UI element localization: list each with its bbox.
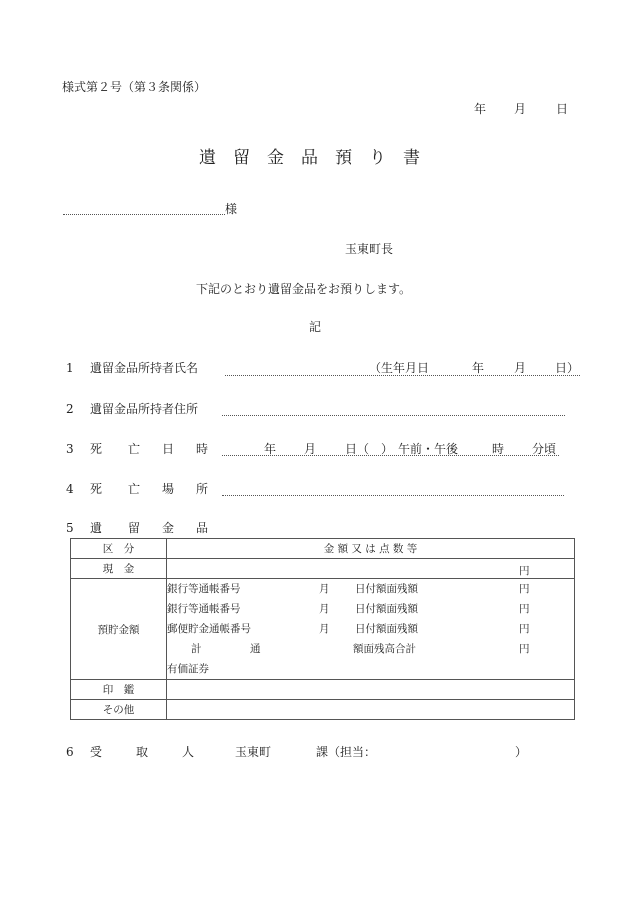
cash-amount-cell[interactable]: 円 <box>167 559 575 579</box>
seal-category: 印 鑑 <box>71 680 167 700</box>
deposit-month: 月 <box>319 604 330 615</box>
item-number: 3 <box>66 443 74 455</box>
item-number: 4 <box>66 483 74 495</box>
date-day-label: 日 <box>556 103 568 115</box>
deposit-label: 銀行等通帳番号 <box>167 584 241 595</box>
deposit-dated: 日付額面残額 <box>355 604 418 615</box>
deposit-label: 銀行等通帳番号 <box>167 604 241 615</box>
deposits-category: 預貯金額 <box>71 579 167 680</box>
table-row-deposits: 預貯金額 銀行等通帳番号 月 日付額面残額 円 銀行等通帳番号 月 日付額面残額… <box>71 579 575 680</box>
death-place-field[interactable] <box>222 495 564 496</box>
birthdate-prefix: （生年月日 <box>369 362 429 374</box>
seal-cell[interactable] <box>167 680 575 700</box>
ampm-label: 午前・午後 <box>398 443 458 455</box>
item-label-char: 取 <box>136 746 148 758</box>
birth-year-label: 年 <box>472 362 484 374</box>
total-yen: 円 <box>519 644 530 655</box>
table-row-other: その他 <box>71 700 575 720</box>
header-amount: 金 額 又 は 点 数 等 <box>167 539 575 559</box>
deposit-month: 月 <box>319 624 330 635</box>
deposit-yen: 円 <box>519 584 530 595</box>
item-label-char: 時 <box>196 443 208 455</box>
item-label-char: 所 <box>196 483 208 495</box>
item-label-char: 亡 <box>128 443 140 455</box>
other-category: その他 <box>71 700 167 720</box>
item-number: 2 <box>66 403 74 415</box>
item-number: 1 <box>66 362 74 374</box>
deposits-cell[interactable]: 銀行等通帳番号 月 日付額面残額 円 銀行等通帳番号 月 日付額面残額 円 郵便… <box>167 579 575 680</box>
cash-yen-unit: 円 <box>519 563 530 578</box>
form-number: 様式第２号（第３条関係） <box>62 81 206 93</box>
deposit-dated: 日付額面残額 <box>355 624 418 635</box>
item-label-char: 死 <box>90 483 102 495</box>
item-label-char: 受 <box>90 746 102 758</box>
birth-day-label: 日） <box>555 362 579 374</box>
owner-address-field[interactable] <box>222 415 565 416</box>
deposit-yen: 円 <box>519 624 530 635</box>
header-category: 区 分 <box>71 539 167 559</box>
death-month-label: 月 <box>304 443 316 455</box>
table-row-cash: 現 金 円 <box>71 559 575 579</box>
table-row-seal: 印 鑑 <box>71 680 575 700</box>
item-label: 遺留金品所持者氏名 <box>90 362 198 374</box>
date-year-label: 年 <box>474 103 486 115</box>
document-title: 遺留金品預り書 <box>199 150 437 167</box>
birth-month-label: 月 <box>514 362 526 374</box>
item-label-char: 留 <box>128 522 140 534</box>
date-month-label: 月 <box>514 103 526 115</box>
death-year-label: 年 <box>264 443 276 455</box>
receiver-close: ） <box>515 746 527 758</box>
recipient-suffix: 様 <box>225 203 237 215</box>
item-number: 5 <box>66 522 74 534</box>
item-label: 遺留金品所持者住所 <box>90 403 198 415</box>
item-label-char: 死 <box>90 443 102 455</box>
deposit-month: 月 <box>319 584 330 595</box>
ki-heading: 記 <box>309 321 321 333</box>
statement: 下記のとおり遺留金品をお預りします。 <box>196 283 411 295</box>
death-day-label: 日（ ） <box>345 443 393 455</box>
table-header-row: 区 分 金 額 又 は 点 数 等 <box>71 539 575 559</box>
securities-label: 有価証券 <box>167 664 209 675</box>
belongings-table: 区 分 金 額 又 は 点 数 等 現 金 円 預貯金額 銀行等通帳番号 月 日… <box>70 538 575 720</box>
hour-label: 時 <box>492 443 504 455</box>
deposit-yen: 円 <box>519 604 530 615</box>
total-kei-label: 計 <box>191 644 202 655</box>
deposit-label: 郵便貯金通帳番号 <box>167 624 251 635</box>
deposit-dated: 日付額面残額 <box>355 584 418 595</box>
item-label-char: 品 <box>196 522 208 534</box>
item-label-char: 日 <box>162 443 174 455</box>
item-number: 6 <box>66 746 74 758</box>
other-cell[interactable] <box>167 700 575 720</box>
item-label-char: 金 <box>162 522 174 534</box>
item-label-char: 遺 <box>90 522 102 534</box>
receiver-section: 課（担当： <box>316 746 376 758</box>
total-dated: 額面残高合計 <box>353 644 416 655</box>
issuer: 玉東町長 <box>345 243 393 255</box>
owner-name-field[interactable] <box>225 375 580 376</box>
item-label-char: 人 <box>182 746 194 758</box>
cash-category: 現 金 <box>71 559 167 579</box>
recipient-name-field[interactable] <box>63 214 225 215</box>
item-label-char: 亡 <box>128 483 140 495</box>
total-tsu-label: 通 <box>250 644 261 655</box>
minute-label: 分頃 <box>532 443 556 455</box>
receiver-town: 玉東町 <box>235 746 271 758</box>
item-label-char: 場 <box>162 483 174 495</box>
